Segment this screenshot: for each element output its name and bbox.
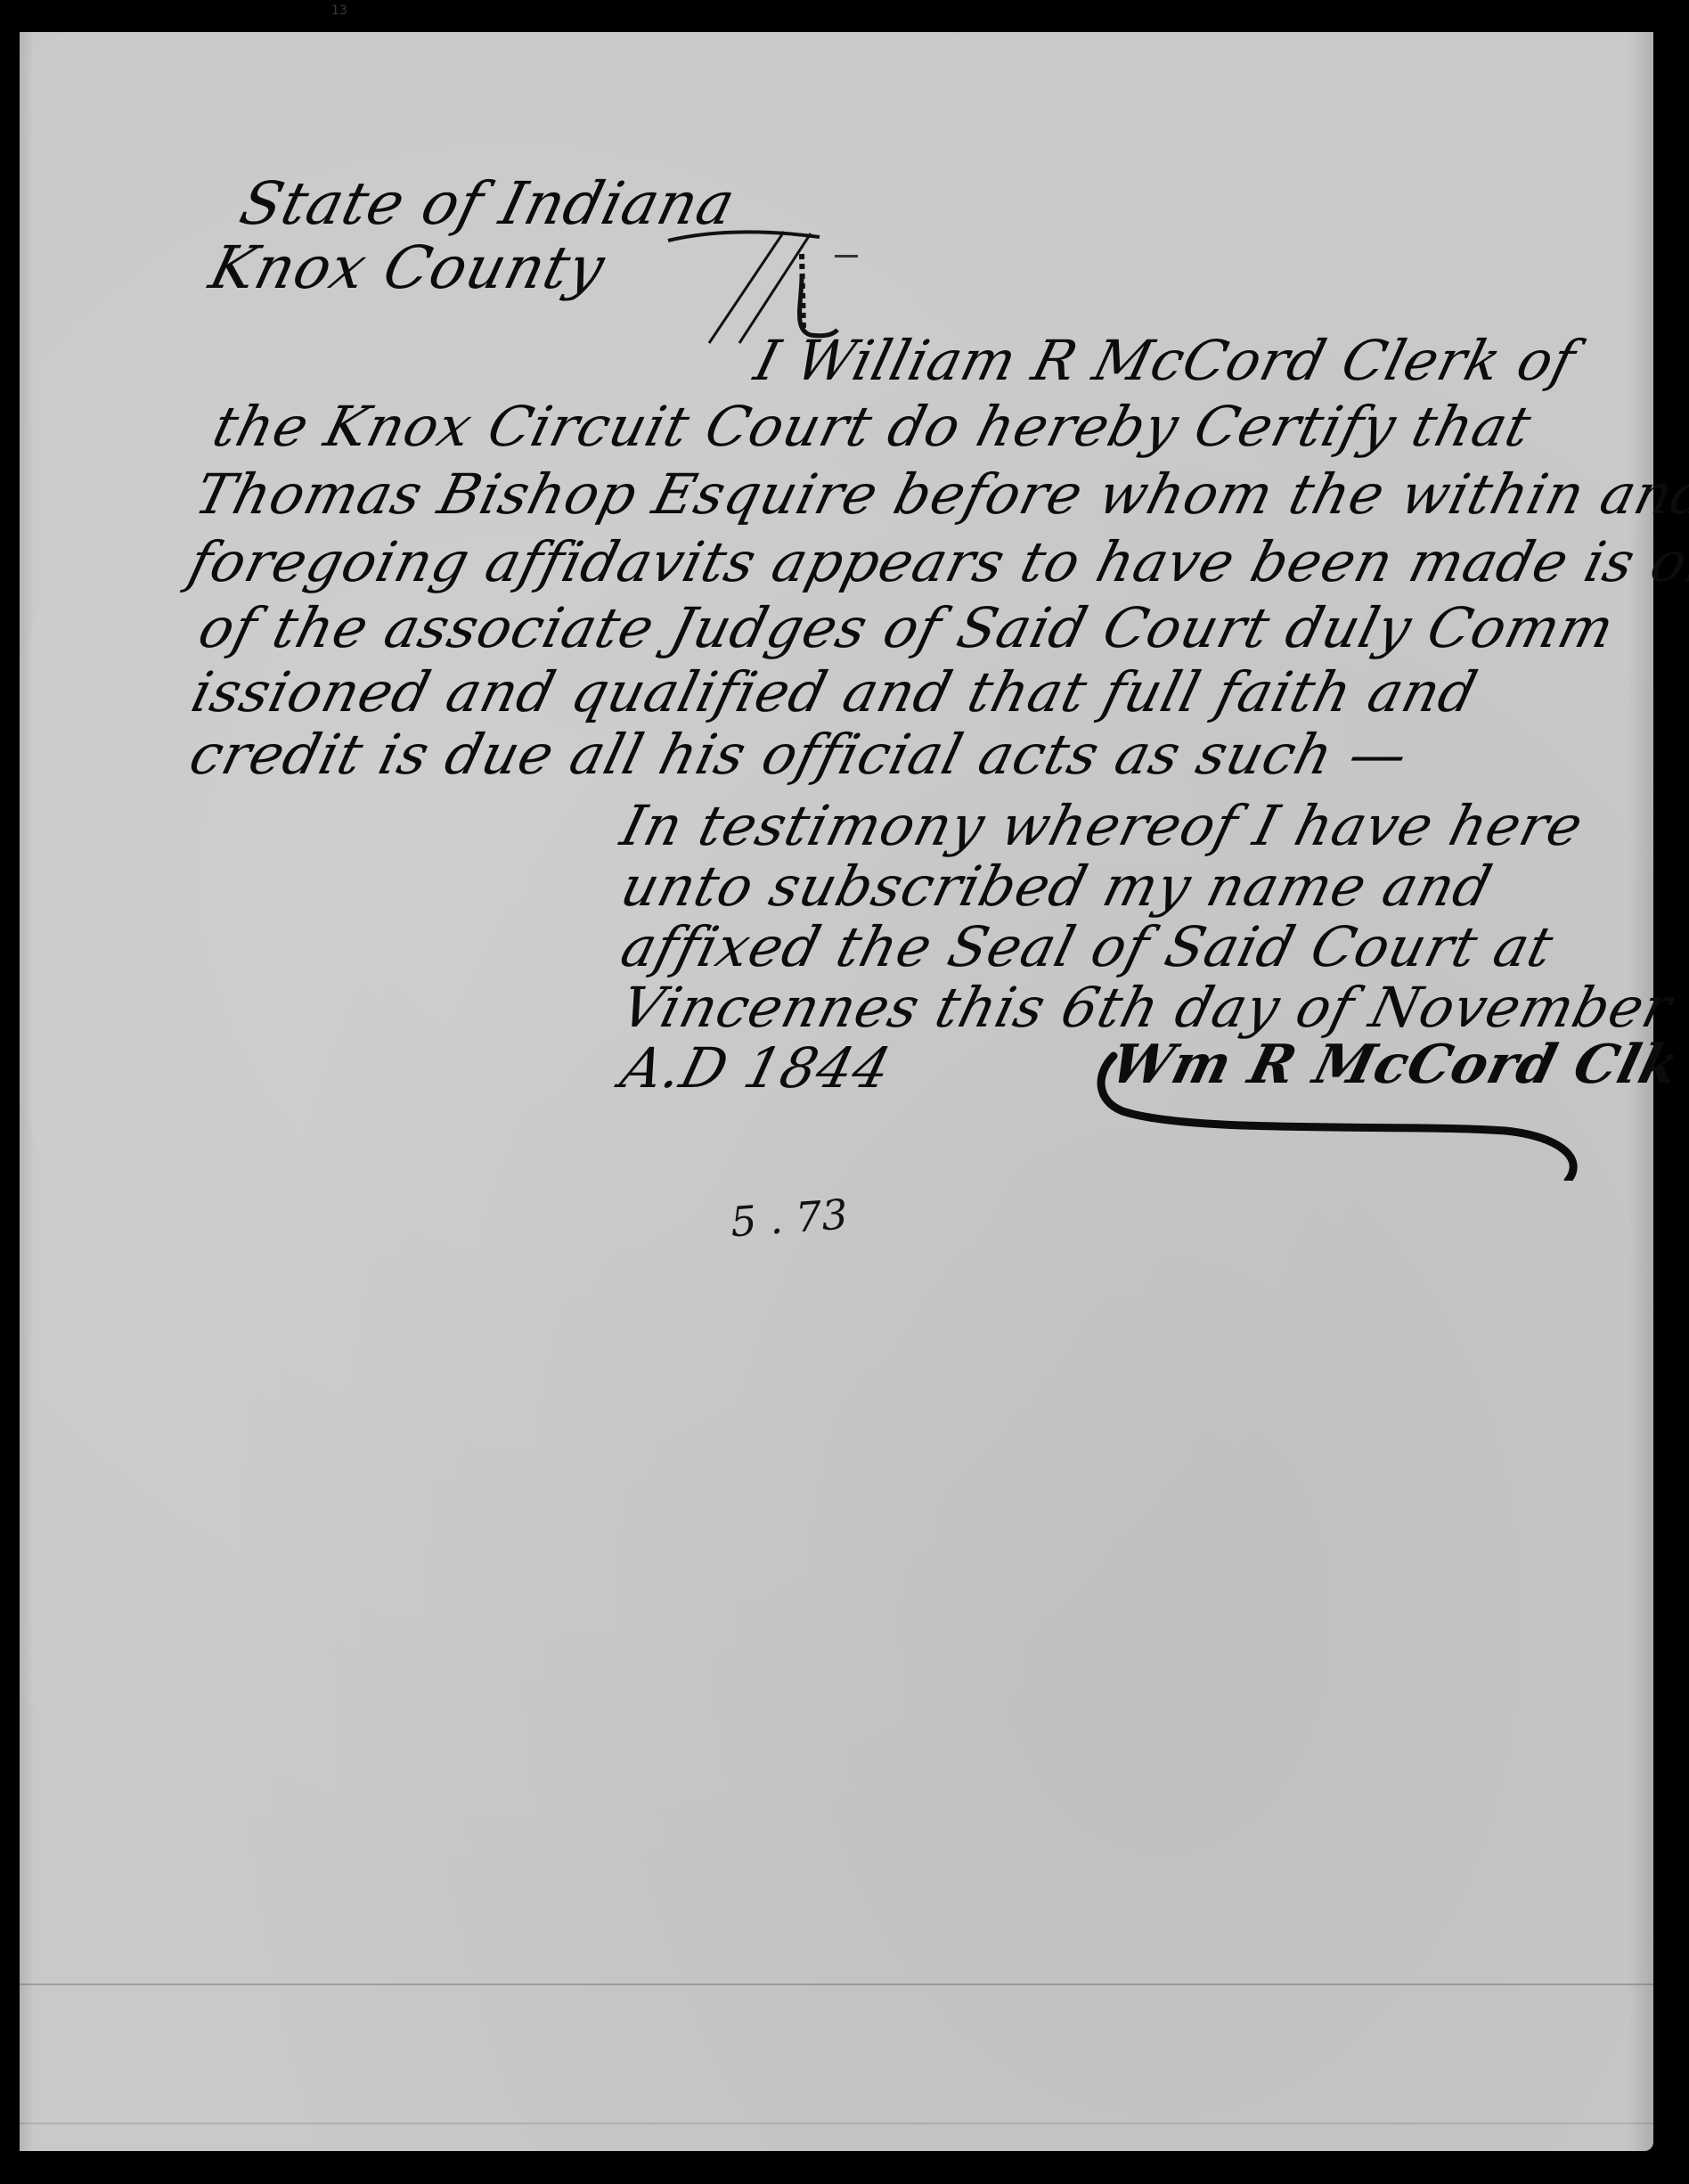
fold-line [20, 1984, 1653, 1985]
date-line: A.D 1844 [615, 1035, 898, 1100]
fold-line-lower [20, 2123, 1653, 2124]
body-line-5: of the associate Judges of Said Court du… [192, 595, 1621, 660]
body-line-4: foregoing affidavits appears to have bee… [183, 529, 1689, 594]
dash-mark [835, 255, 858, 258]
signature-flourish-icon [1087, 1047, 1586, 1181]
paper-left-edge-shade [20, 32, 34, 2151]
stray-pencil-marks: 5 . 73 [729, 1190, 849, 1246]
attestation-line-2: unto subscribed my name and [615, 854, 1498, 919]
heading-county: Knox County [203, 233, 612, 302]
body-line-7: credit is due all his official acts as s… [184, 722, 1415, 787]
seal-bracket-icon [659, 178, 873, 348]
corner-mark: 13 [331, 4, 347, 18]
body-line-3: Thomas Bishop Esquire before whom the wi… [189, 462, 1689, 527]
attestation-line-1: In testimony whereof I have here [615, 793, 1590, 858]
attestation-line-3: affixed the Seal of Said Court at [615, 914, 1560, 979]
body-line-1: I William R McCord Clerk of [748, 328, 1582, 393]
attestation-line-4: Vincennes this 6th day of November [615, 975, 1679, 1040]
body-line-2: the Knox Circuit Court do hereby Certify… [207, 394, 1538, 459]
body-line-6: issioned and qualified and that full fai… [185, 659, 1484, 724]
